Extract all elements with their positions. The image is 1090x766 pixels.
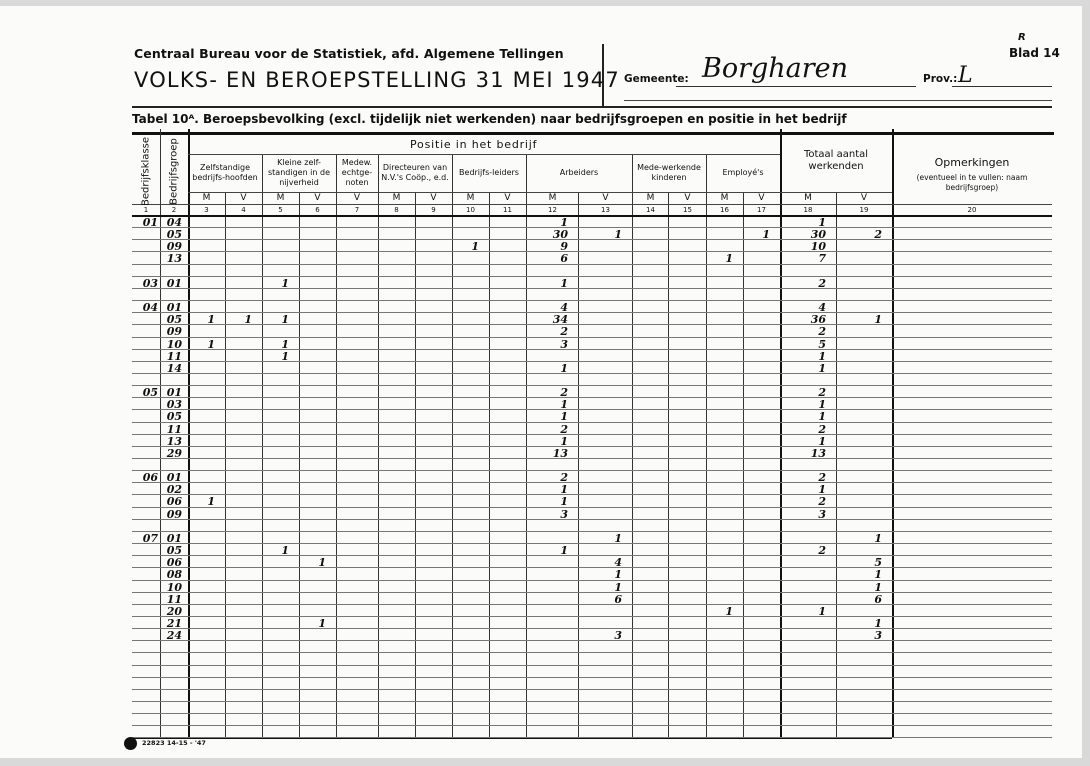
count-cell-c12: 1: [526, 363, 568, 375]
bedrijfsgroep-cell: 08: [162, 569, 182, 581]
count-cell-c18: 1: [780, 436, 826, 448]
column-number: 19: [836, 206, 892, 214]
count-cell-c13: 1: [578, 229, 622, 241]
prov-label: Prov.:: [923, 73, 957, 85]
count-cell-c5: 1: [262, 339, 289, 351]
sex-subheader: M: [452, 193, 489, 203]
count-cell-c18: 2: [780, 496, 826, 508]
row-rule: [132, 458, 1052, 459]
bedrijfsgroep-cell: 10: [162, 339, 182, 351]
table-top-rule: [132, 132, 1054, 135]
bedrijfsgroep-cell: 13: [162, 253, 182, 265]
sex-subheader: M: [780, 193, 836, 203]
column-divider: [578, 192, 579, 737]
row-rule: [132, 227, 1052, 228]
row-rule: [132, 312, 1052, 313]
column-number: 13: [579, 206, 632, 214]
printer-logo-icon: [124, 737, 137, 750]
count-cell-c19: 6: [836, 594, 882, 606]
prov-underline: [952, 86, 1052, 87]
print-code: 22823 14-15 - '47: [142, 739, 206, 747]
bedrijfsklasse-cell: 03: [134, 278, 158, 290]
count-cell-c16: 1: [706, 606, 733, 618]
count-cell-c18: 7: [780, 253, 826, 265]
row-rule: [132, 434, 1052, 435]
count-cell-c17: 1: [743, 229, 770, 241]
bedrijfsgroep-cell: 06: [162, 496, 182, 508]
row-rule: [132, 616, 1052, 617]
count-cell-c12: 3: [526, 339, 568, 351]
bedrijfsgroep-cell: 09: [162, 326, 182, 338]
count-cell-c12: 13: [526, 448, 568, 460]
count-cell-c4: 1: [225, 314, 252, 326]
count-cell-c6: 1: [299, 557, 326, 569]
bedrijfsgroep-cell: 24: [162, 630, 182, 642]
bedrijfsklasse-cell: 04: [134, 302, 158, 314]
count-cell-c3: 1: [188, 314, 215, 326]
column-number: 9: [415, 206, 452, 214]
column-number: 12: [526, 206, 579, 214]
sex-subheader: V: [669, 193, 706, 203]
count-cell-c13: 1: [578, 569, 622, 581]
gemeente-label: Gemeente:: [624, 73, 689, 85]
row-rule: [132, 337, 1052, 338]
bedrijfsklasse-header: Bedrijfsklasse: [141, 132, 152, 212]
table-title: Tabel 10ᴬ. Beroepsbevolking (excl. tijde…: [132, 112, 847, 126]
gemeente-underline: [676, 86, 916, 87]
row-rule: [132, 300, 1052, 301]
row-rule: [132, 531, 1052, 532]
sex-subheader: V: [836, 193, 892, 203]
column-divider: [668, 192, 669, 737]
count-cell-c18: 1: [780, 606, 826, 618]
count-cell-c18: 1: [780, 363, 826, 375]
column-number: 5: [262, 206, 299, 214]
count-cell-c18: 1: [780, 411, 826, 423]
count-cell-c13: 1: [578, 533, 622, 545]
count-cell-c18: 13: [780, 448, 826, 460]
prov-value: L: [958, 63, 973, 88]
group-header: Directeuren van N.V.'s Coöp., e.d.: [378, 154, 452, 192]
count-cell-c12: 6: [526, 253, 568, 265]
positie-header: Positie in het bedrijf: [410, 138, 537, 151]
bedrijfsgroep-cell: 29: [162, 448, 182, 460]
bedrijfsgroep-cell: 11: [162, 351, 182, 363]
body-top-rule: [132, 215, 1052, 217]
row-rule: [132, 713, 1052, 714]
column-number: 20: [892, 206, 1052, 214]
colnum-rule: [132, 204, 1052, 205]
column-number: 2: [160, 206, 188, 214]
count-cell-c13: 6: [578, 594, 622, 606]
count-cell-c12: 2: [526, 424, 568, 436]
group-header: Bedrijfs-leiders: [452, 154, 526, 192]
row-rule: [132, 470, 1052, 471]
count-cell-c5: 1: [262, 351, 289, 363]
bedrijfsgroep-cell: 11: [162, 424, 182, 436]
bedrijfsgroep-cell: 01: [162, 278, 182, 290]
column-number: 3: [188, 206, 225, 214]
column-divider: [489, 192, 490, 737]
bedrijfsklasse-cell: 01: [134, 217, 158, 229]
sex-subheader: V: [489, 193, 526, 203]
bedrijfsklasse-cell: 05: [134, 387, 158, 399]
count-cell-c18: 3: [780, 509, 826, 521]
column-number: 1: [132, 206, 160, 214]
count-cell-c12: 1: [526, 496, 568, 508]
column-number: 14: [632, 206, 669, 214]
count-cell-c3: 1: [188, 339, 215, 351]
row-rule: [132, 519, 1052, 520]
count-cell-c12: 1: [526, 545, 568, 557]
row-rule: [132, 373, 1052, 374]
census-title: VOLKS- EN BEROEPSTELLING 31 MEI 1947: [134, 68, 620, 92]
count-cell-c18: 2: [780, 326, 826, 338]
count-cell-c19: 2: [836, 229, 882, 241]
group-header: Medew. echtge-noten: [336, 154, 378, 192]
row-rule: [132, 276, 1052, 277]
count-cell-c19: 1: [836, 569, 882, 581]
sex-subheader: V: [299, 193, 336, 203]
opmerkingen-header: Opmerkingen: [892, 155, 1052, 171]
header-divider: [602, 44, 604, 108]
sex-subheader: M: [526, 193, 579, 203]
count-cell-c18: 2: [780, 545, 826, 557]
count-cell-c5: 1: [262, 545, 289, 557]
count-cell-c12: 1: [526, 436, 568, 448]
count-cell-c10: 1: [452, 241, 479, 253]
sex-subheader: M: [188, 193, 225, 203]
count-cell-c3: 1: [188, 496, 215, 508]
count-cell-c18: 1: [780, 351, 826, 363]
row-rule: [132, 422, 1052, 423]
row-rule: [132, 677, 1052, 678]
row-rule: [132, 725, 1052, 726]
column-number: 6: [299, 206, 336, 214]
bedrijfsgroep-cell: 10: [162, 582, 182, 594]
row-rule: [132, 652, 1052, 653]
column-number: 16: [706, 206, 743, 214]
column-number: 10: [452, 206, 489, 214]
sex-subheader: M: [706, 193, 743, 203]
header-line: [624, 100, 1052, 101]
count-cell-c18: 2: [780, 424, 826, 436]
sex-subheader: M: [632, 193, 669, 203]
column-divider: [836, 192, 837, 737]
row-rule: [132, 737, 1052, 738]
column-divider: [415, 192, 416, 737]
group-header: Mede-werkende kinderen: [632, 154, 706, 192]
row-rule: [132, 482, 1052, 483]
column-divider: [743, 192, 744, 737]
row-rule: [132, 701, 1052, 702]
sex-subheader: V: [743, 193, 780, 203]
sex-subheader: V: [579, 193, 632, 203]
blad-mark: R: [1018, 32, 1026, 43]
bedrijfsgroep-cell: 13: [162, 436, 182, 448]
bedrijfsgroep-cell: 09: [162, 509, 182, 521]
row-rule: [132, 446, 1052, 447]
group-header: Zelfstandige bedrijfs-hoofden: [188, 154, 262, 192]
count-cell-c19: 3: [836, 630, 882, 642]
header-rule: [132, 106, 1052, 108]
sex-subheader: M: [378, 193, 415, 203]
row-rule: [132, 628, 1052, 629]
column-number: 18: [780, 206, 836, 214]
row-rule: [132, 264, 1052, 265]
bedrijfsklasse-cell: 07: [134, 533, 158, 545]
sex-subheader: V: [336, 193, 378, 203]
row-rule: [132, 665, 1052, 666]
group-header: Kleine zelf-standigen in de nijverheid: [262, 154, 336, 192]
count-cell-c19: 1: [836, 533, 882, 545]
sex-subheader: M: [262, 193, 299, 203]
sheet-number: Blad 14: [1009, 46, 1060, 60]
row-rule: [132, 251, 1052, 252]
bedrijfsgroep-cell: 14: [162, 363, 182, 375]
sex-subheader: V: [415, 193, 452, 203]
column-number: 7: [336, 206, 378, 214]
count-cell-c12: 1: [526, 411, 568, 423]
column-number: 15: [669, 206, 706, 214]
row-rule: [132, 507, 1052, 508]
column-number: 8: [378, 206, 415, 214]
bedrijfsgroep-cell: 20: [162, 606, 182, 618]
count-cell-c12: 3: [526, 509, 568, 521]
count-cell-c12: 1: [526, 278, 568, 290]
count-cell-c16: 1: [706, 253, 733, 265]
column-number: 17: [743, 206, 780, 214]
count-cell-c18: 2: [780, 278, 826, 290]
group-header: Employé's: [706, 154, 780, 192]
count-cell-c13: 3: [578, 630, 622, 642]
row-rule: [132, 494, 1052, 495]
column-divider: [299, 192, 300, 737]
census-form: Centraal Bureau voor de Statistiek, afd.…: [0, 6, 1082, 758]
row-rule: [132, 689, 1052, 690]
column-number: 4: [225, 206, 262, 214]
count-cell-c5: 1: [262, 314, 289, 326]
group-header: Arbeiders: [526, 154, 632, 192]
count-cell-c18: 5: [780, 339, 826, 351]
bedrijfsgroep-header: Bedrijfsgroep: [169, 132, 180, 212]
column-divider: [225, 192, 226, 737]
count-cell-c5: 1: [262, 278, 289, 290]
count-cell-c13: 1: [578, 582, 622, 594]
row-rule: [132, 397, 1052, 398]
opmerkingen-note: (eventueel in te vullen: naam bedrijfsgr…: [905, 173, 1039, 193]
organization-title: Centraal Bureau voor de Statistiek, afd.…: [134, 46, 564, 61]
row-rule: [132, 409, 1052, 410]
bedrijfsgroep-cell: 05: [162, 411, 182, 423]
count-cell-c19: 1: [836, 314, 882, 326]
count-cell-c6: 1: [299, 618, 326, 630]
totaal-header: Totaal aantal werkenden: [780, 129, 892, 192]
gemeente-value: Borgharen: [702, 53, 848, 84]
bedrijfsklasse-cell: 06: [134, 472, 158, 484]
bedrijfsgroep-cell: 11: [162, 594, 182, 606]
count-cell-c12: 2: [526, 326, 568, 338]
row-rule: [132, 385, 1052, 386]
sex-subheader: V: [225, 193, 262, 203]
column-number: 11: [489, 206, 526, 214]
count-cell-c19: 1: [836, 582, 882, 594]
